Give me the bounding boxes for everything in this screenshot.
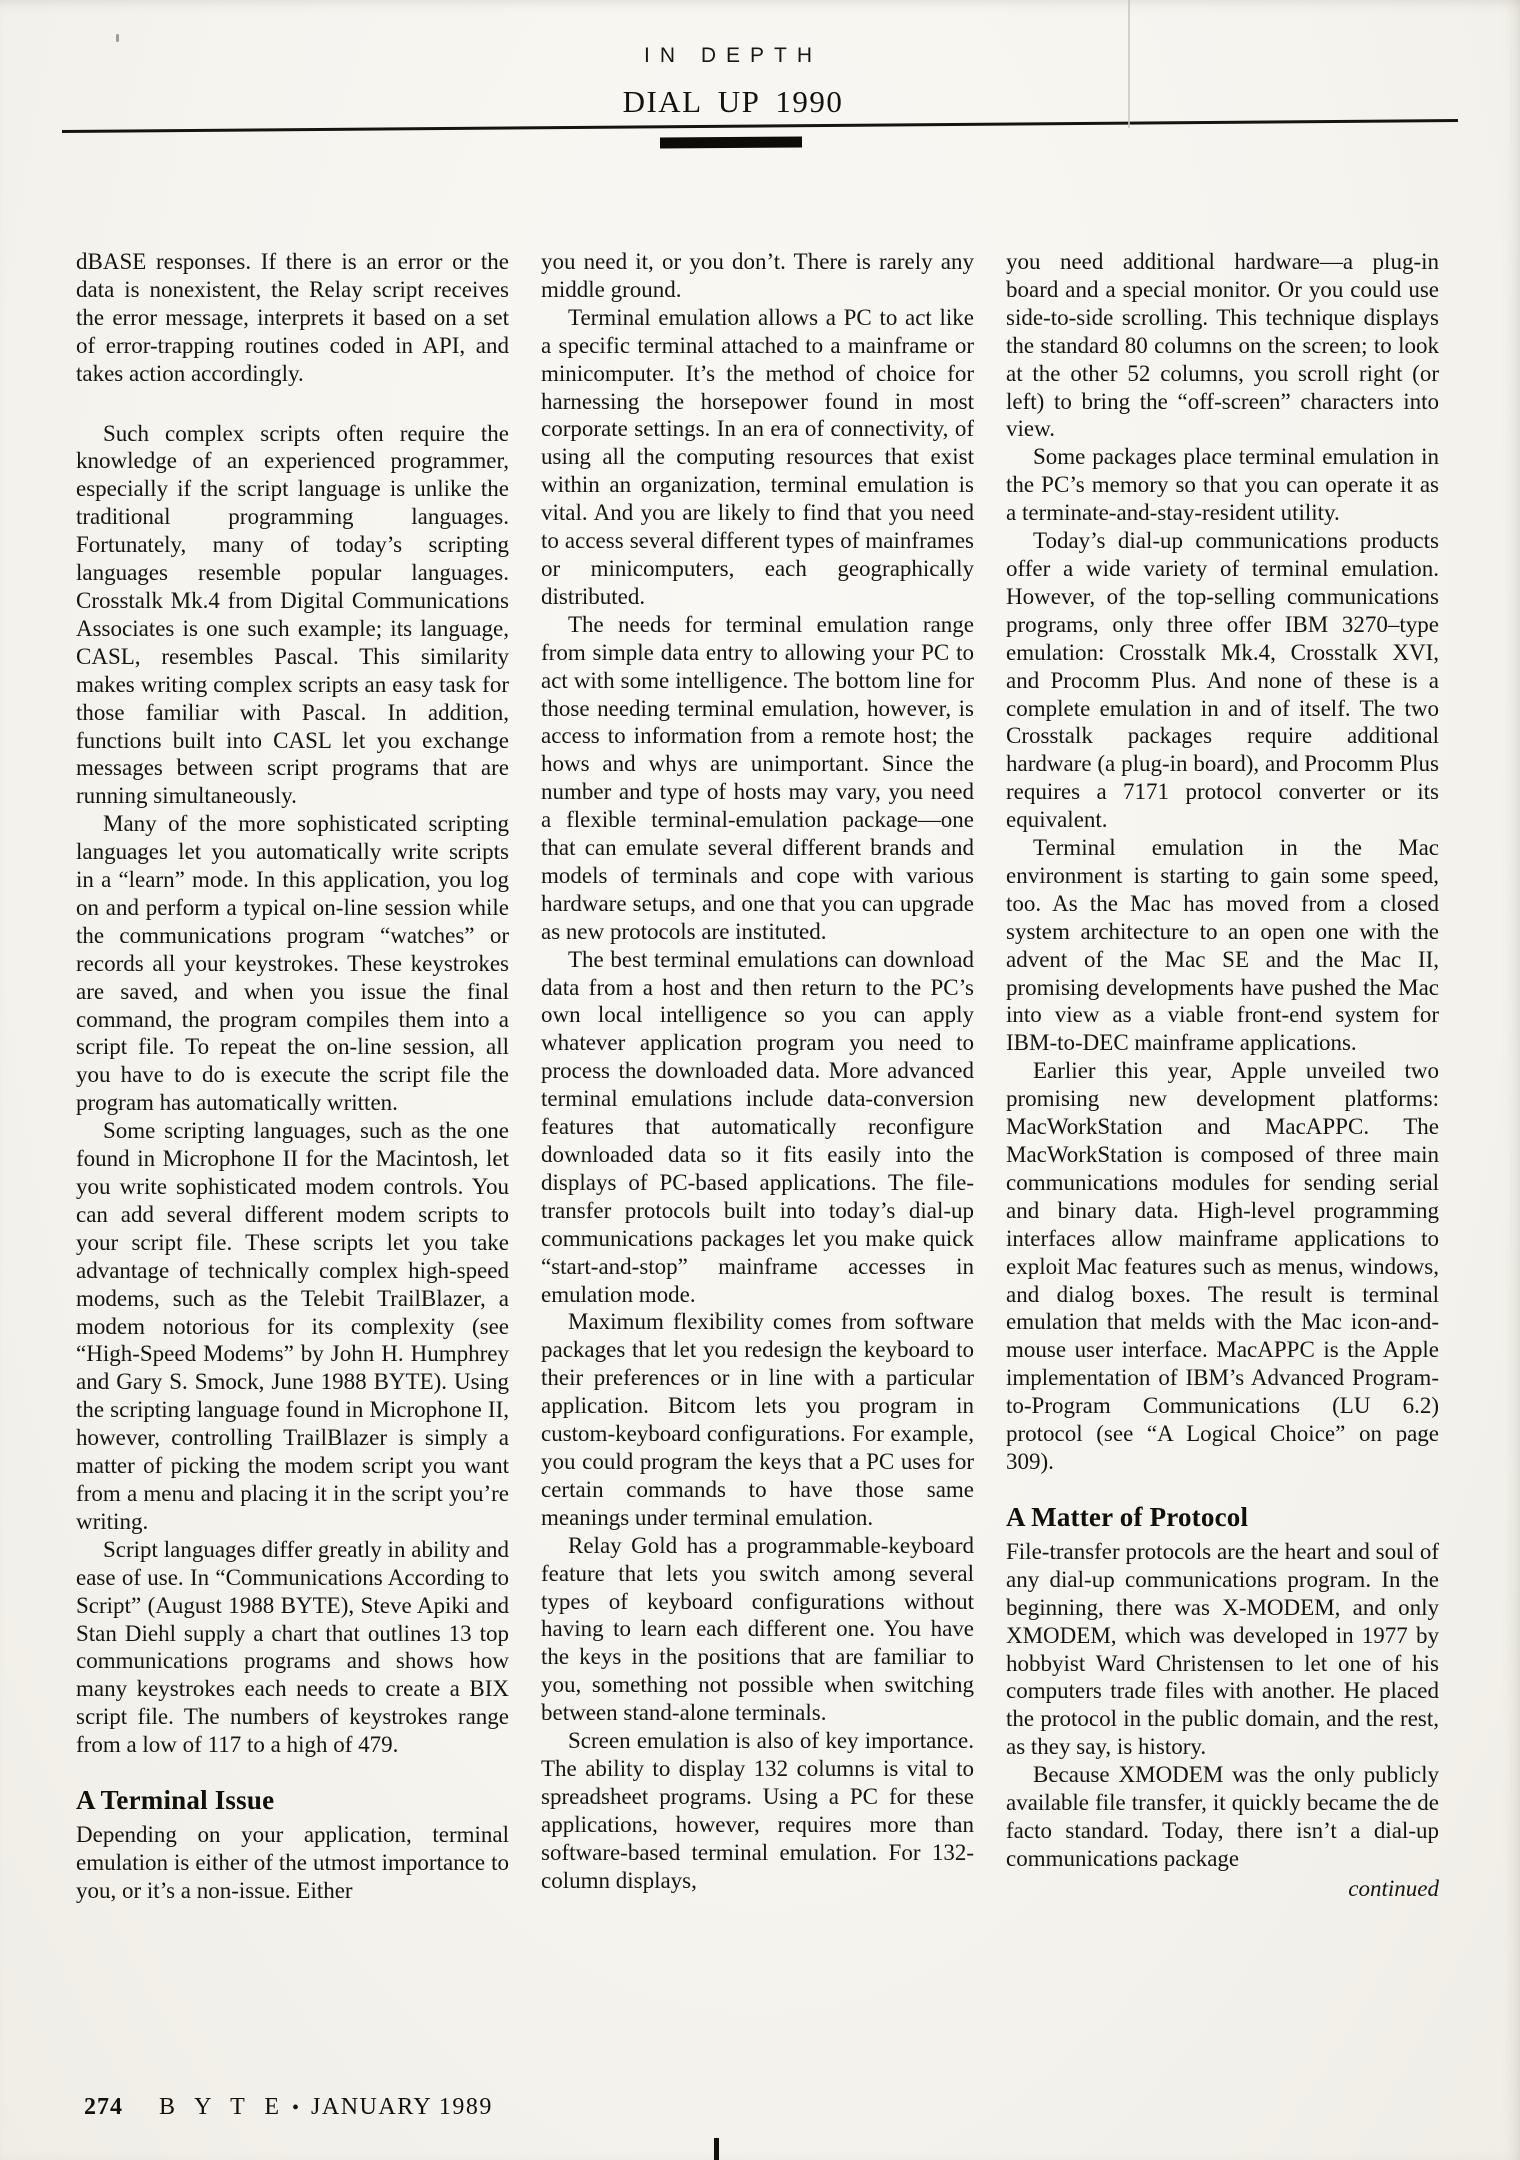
issue-date: JANUARY 1989 bbox=[311, 2094, 493, 2121]
body-paragraph: Some packages place terminal emulation i… bbox=[1006, 443, 1439, 527]
header-accent-bar bbox=[660, 137, 802, 149]
scan-artifact-bottom-tick bbox=[714, 2138, 719, 2160]
continued-marker: continued bbox=[1006, 1875, 1439, 1903]
section-break-gap bbox=[76, 388, 509, 420]
body-paragraph: you need it, or you don’t. There is rare… bbox=[541, 248, 974, 304]
body-paragraph: Because XMODEM was the only publicly ava… bbox=[1006, 1761, 1439, 1873]
body-paragraph: dBASE responses. If there is an error or… bbox=[76, 248, 509, 388]
body-paragraph: Such complex scripts often require the k… bbox=[76, 420, 509, 811]
article-section-title: DIAL UP 1990 bbox=[623, 84, 844, 120]
section-heading: A Terminal Issue bbox=[76, 1785, 509, 1815]
body-paragraph: File-transfer protocols are the heart an… bbox=[1006, 1538, 1439, 1761]
header-rule bbox=[62, 119, 1458, 133]
body-paragraph: Some scripting languages, such as the on… bbox=[76, 1117, 509, 1536]
body-paragraph: Relay Gold has a programmable-keyboard f… bbox=[541, 1532, 974, 1727]
body-paragraph: Script languages differ greatly in abili… bbox=[76, 1536, 509, 1759]
body-paragraph: you need additional hardware—a plug-in b… bbox=[1006, 248, 1439, 443]
body-paragraph: Terminal emulation in the Mac environmen… bbox=[1006, 834, 1439, 1057]
body-paragraph: Terminal emulation allows a PC to act li… bbox=[541, 304, 974, 611]
footer-bullet: • bbox=[292, 2097, 299, 2120]
body-paragraph: Depending on your application, terminal … bbox=[76, 1821, 509, 1905]
scan-artifact-speck bbox=[116, 34, 119, 42]
section-kicker: IN DEPTH bbox=[644, 44, 822, 68]
column-3: you need additional hardware—a plug-in b… bbox=[1006, 248, 1439, 1905]
body-paragraph: Earlier this year, Apple unveiled two pr… bbox=[1006, 1057, 1439, 1476]
column-1: dBASE responses. If there is an error or… bbox=[76, 248, 509, 1905]
body-paragraph: Many of the more sophisticated scripting… bbox=[76, 810, 509, 1117]
article-body: dBASE responses. If there is an error or… bbox=[76, 248, 1439, 1905]
scan-artifact-vertical-line bbox=[1128, 0, 1130, 128]
page-number: 274 bbox=[84, 2094, 123, 2121]
section-heading: A Matter of Protocol bbox=[1006, 1502, 1439, 1532]
magazine-name: B Y T E bbox=[159, 2094, 286, 2121]
column-2: you need it, or you don’t. There is rare… bbox=[541, 248, 974, 1905]
page-footer: 274 B Y T E • JANUARY 1989 bbox=[84, 2094, 493, 2121]
body-paragraph: Today’s dial-up communications products … bbox=[1006, 527, 1439, 834]
body-paragraph: Maximum flexibility comes from software … bbox=[541, 1308, 974, 1531]
body-paragraph: The needs for terminal emulation range f… bbox=[541, 611, 974, 946]
magazine-page: IN DEPTH DIAL UP 1990 dBASE responses. I… bbox=[0, 0, 1520, 2160]
body-paragraph: Screen emulation is also of key importan… bbox=[541, 1727, 974, 1894]
body-paragraph: The best terminal emulations can downloa… bbox=[541, 946, 974, 1309]
